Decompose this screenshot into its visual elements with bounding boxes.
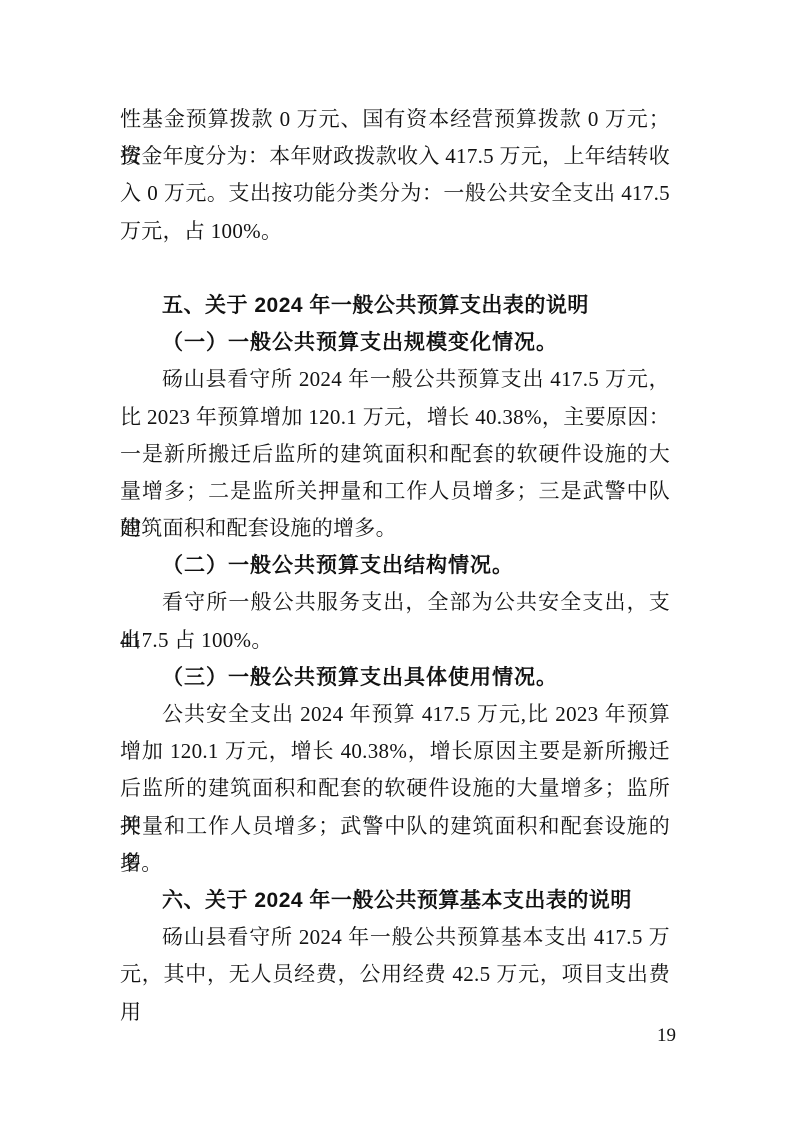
text-content: 性基金预算拨款 0 万元、国有资本经营预算拨款 0 万元；按资金年度分为：本年财… (120, 101, 670, 994)
section-heading: （一）一般公共预算支出规模变化情况。 (120, 324, 670, 361)
section-heading: （三）一般公共预算支出具体使用情况。 (120, 659, 670, 696)
text-line: 后监所的建筑面积和配套的软硬件设施的大量增多；监所关 (120, 770, 670, 807)
text-line: 建筑面积和配套设施的增多。 (120, 510, 670, 547)
text-line: 增加 120.1 万元，增长 40.38%，增长原因主要是新所搬迁 (120, 733, 670, 770)
text-line: 砀山县看守所 2024 年一般公共预算支出 417.5 万元， (120, 361, 670, 398)
text-line: 万元，占 100%。 (120, 213, 670, 250)
text-line: 押量和工作人员增多；武警中队的建筑面积和配套设施的增 (120, 808, 670, 845)
text-line: 多。 (120, 845, 670, 882)
text-line: 元，其中，无人员经费，公用经费 42.5 万元，项目支出费用 (120, 956, 670, 993)
text-line: 一是新所搬迁后监所的建筑面积和配套的软硬件设施的大 (120, 436, 670, 473)
text-line: 性基金预算拨款 0 万元、国有资本经营预算拨款 0 万元；按 (120, 101, 670, 138)
text-line: 资金年度分为：本年财政拨款收入 417.5 万元，上年结转收 (120, 138, 670, 175)
text-line: 417.5 占 100%。 (120, 622, 670, 659)
text-line: 比 2023 年预算增加 120.1 万元，增长 40.38%，主要原因： (120, 399, 670, 436)
blank-line (120, 250, 670, 287)
text-line: 入 0 万元。支出按功能分类分为：一般公共安全支出 417.5 (120, 175, 670, 212)
section-heading: 六、关于 2024 年一般公共预算基本支出表的说明 (120, 882, 670, 919)
page-number: 19 (120, 1025, 676, 1047)
text-line: 公共安全支出 2024 年预算 417.5 万元,比 2023 年预算 (120, 696, 670, 733)
text-line: 砀山县看守所 2024 年一般公共预算基本支出 417.5 万 (120, 919, 670, 956)
text-line: 量增多；二是监所关押量和工作人员增多；三是武警中队的 (120, 473, 670, 510)
section-heading: 五、关于 2024 年一般公共预算支出表的说明 (120, 287, 670, 324)
text-line: 看守所一般公共服务支出，全部为公共安全支出，支出 (120, 584, 670, 621)
section-heading: （二）一般公共预算支出结构情况。 (120, 547, 670, 584)
document-page: 性基金预算拨款 0 万元、国有资本经营预算拨款 0 万元；按资金年度分为：本年财… (0, 0, 793, 1122)
